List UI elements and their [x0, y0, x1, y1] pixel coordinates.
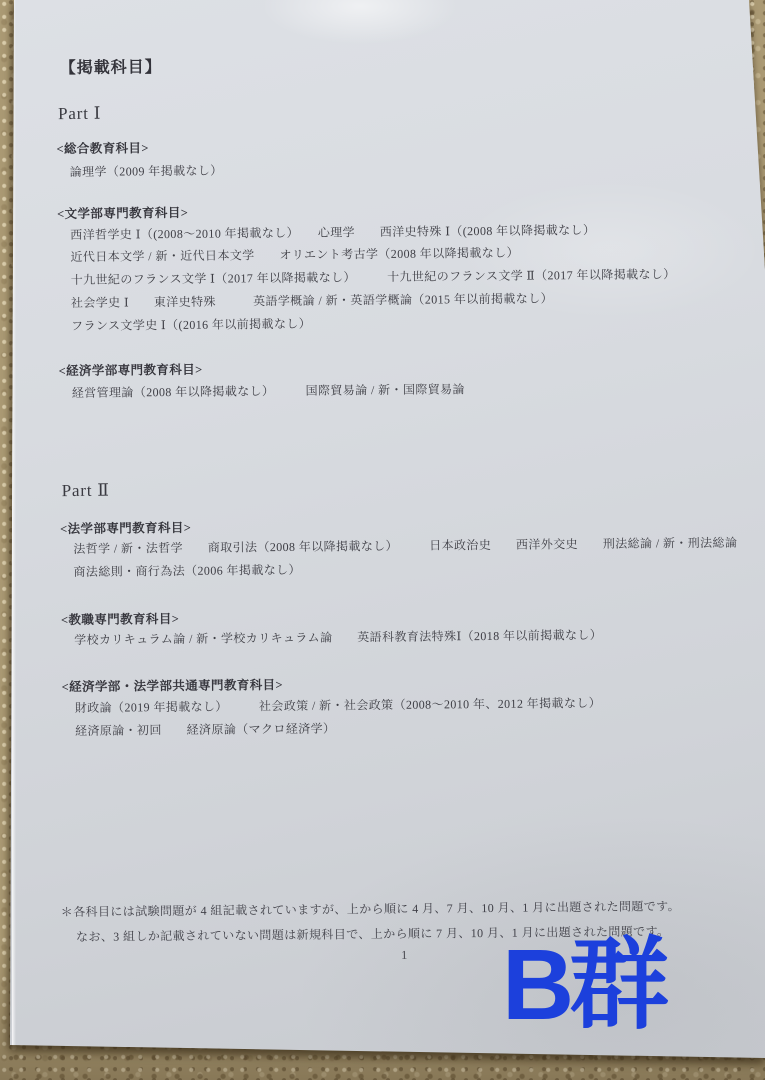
photo-scene: { "document": { "title": "【掲載科目】", "page… — [0, 0, 765, 1080]
paper-surface: 【掲載科目】 Part Ⅰ <総合教育科目> 論理学（2009 年掲載なし） <… — [0, 0, 765, 1080]
course-line: 商法総則・商行為法（2006 年掲載なし） — [73, 561, 301, 580]
section-heading-general-education: <総合教育科目> — [56, 138, 149, 157]
section-heading-literature: <文学部専門教育科目> — [57, 203, 188, 222]
page-number: 1 — [401, 948, 408, 963]
page-title: 【掲載科目】 — [60, 54, 162, 78]
footnote-line: ＊各科目には試験問題が 4 組記載されていますが、上から順に 4 月、7 月、1… — [61, 897, 680, 920]
section-heading-law: <法学部専門教育科目> — [60, 518, 191, 537]
course-line: 論理学（2009 年掲載なし） — [70, 162, 223, 180]
section-heading-teaching: <教職専門教育科目> — [61, 609, 179, 628]
course-line: 経営管理論（2008 年以降掲載なし） 国際貿易論 / 新・国際貿易論 — [72, 380, 465, 401]
course-line: 法哲学 / 新・法哲学 商取引法（2008 年以降掲載なし） 日本政治史 西洋外… — [73, 534, 737, 557]
course-line: 財政論（2019 年掲載なし） 社会政策 / 新・社会政策（2008～2010 … — [75, 694, 601, 716]
paper-sheet: 【掲載科目】 Part Ⅰ <総合教育科目> 論理学（2009 年掲載なし） <… — [0, 0, 765, 1080]
part-1-label: Part Ⅰ — [58, 104, 101, 124]
course-line: 近代日本文学 / 新・近代日本文学 オリエント考古学（2008 年以降掲載なし） — [70, 244, 519, 265]
part-2-label: Part Ⅱ — [62, 481, 110, 501]
course-line: 学校カリキュラム論 / 新・学校カリキュラム論 英語科教育法特殊Ⅰ（2018 年… — [74, 626, 602, 648]
course-line: 社会学史 Ⅰ 東洋史特殊 英語学概論 / 新・英語学概論（2015 年以前掲載な… — [71, 289, 553, 311]
group-b-stamp: B群 — [502, 933, 664, 1038]
document-content: 【掲載科目】 Part Ⅰ <総合教育科目> 論理学（2009 年掲載なし） <… — [0, 0, 765, 1080]
course-line: 西洋哲学史 Ⅰ（(2008～2010 年掲載なし） 心理学 西洋史特殊 Ⅰ（(2… — [70, 221, 595, 243]
course-line: 十九世紀のフランス文学 Ⅰ（2017 年以降掲載なし） 十九世紀のフランス文学 … — [71, 265, 676, 288]
section-heading-economics: <経済学部専門教育科目> — [58, 360, 202, 379]
section-heading-econ-law-common: <経済学部・法学部共通専門教育科目> — [62, 675, 284, 695]
course-line: 経済原論・初回 経済原論（マクロ経済学） — [75, 719, 336, 738]
course-line: フランス文学史 Ⅰ（(2016 年以前掲載なし） — [71, 315, 311, 334]
